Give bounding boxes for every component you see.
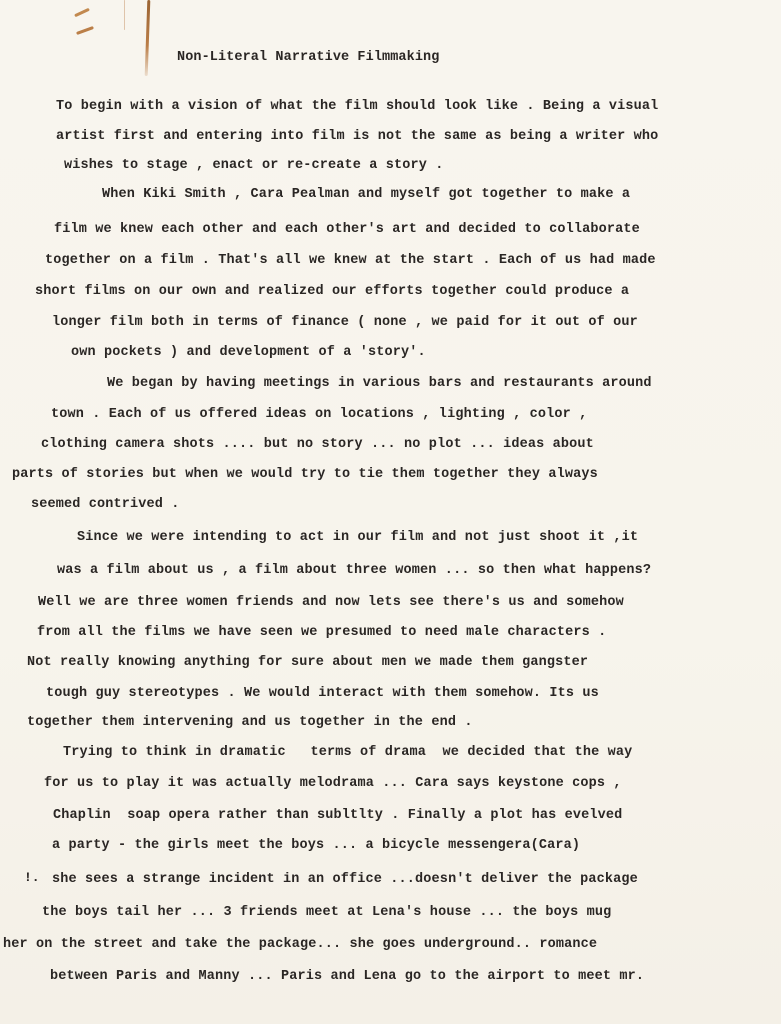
text-line: together on a film . That's all we knew … <box>45 253 656 268</box>
text-line: tough guy stereotypes . We would interac… <box>46 686 599 701</box>
typewritten-page: Non-Literal Narrative Filmmaking To begi… <box>0 0 781 1024</box>
text-line: When Kiki Smith , Cara Pealman and mysel… <box>102 187 630 202</box>
text-line: between Paris and Manny ... Paris and Le… <box>50 969 644 984</box>
text-line: seemed contrived . <box>31 497 180 512</box>
text-line: town . Each of us offered ideas on locat… <box>51 407 587 422</box>
text-line: clothing camera shots .... but no story … <box>41 437 594 452</box>
rust-stain-mark <box>124 0 125 30</box>
text-line: from all the films we have seen we presu… <box>37 625 606 640</box>
text-line: Since we were intending to act in our fi… <box>77 530 638 545</box>
text-line: Not really knowing anything for sure abo… <box>27 655 588 670</box>
rust-stain-mark <box>74 8 90 17</box>
page-title: Non-Literal Narrative Filmmaking <box>177 50 439 65</box>
text-line: Chaplin soap opera rather than subltlty … <box>53 808 622 823</box>
text-line: short films on our own and realized our … <box>35 284 629 299</box>
text-line: for us to play it was actually melodrama… <box>44 776 622 791</box>
text-line: parts of stories but when we would try t… <box>12 467 598 482</box>
text-line: Well we are three women friends and now … <box>38 595 624 610</box>
text-line: film we knew each other and each other's… <box>54 222 640 237</box>
text-line: a party - the girls meet the boys ... a … <box>52 838 580 853</box>
rust-stain-mark <box>145 0 151 76</box>
margin-mark: !. <box>24 870 40 885</box>
text-line: longer film both in terms of finance ( n… <box>52 315 638 330</box>
text-line: her on the street and take the package..… <box>3 937 597 952</box>
text-line: Trying to think in dramatic terms of dra… <box>63 745 632 760</box>
text-line: she sees a strange incident in an office… <box>52 872 638 887</box>
text-line: the boys tail her ... 3 friends meet at … <box>42 905 611 920</box>
text-line: We began by having meetings in various b… <box>107 376 652 391</box>
text-line: was a film about us , a film about three… <box>57 563 651 578</box>
text-line: artist first and entering into film is n… <box>56 129 658 144</box>
rust-stain-mark <box>76 26 94 35</box>
text-line: To begin with a vision of what the film … <box>56 99 658 114</box>
text-line: own pockets ) and development of a 'stor… <box>71 345 426 360</box>
text-line: together them intervening and us togethe… <box>27 715 473 730</box>
text-line: wishes to stage , enact or re-create a s… <box>64 158 444 173</box>
